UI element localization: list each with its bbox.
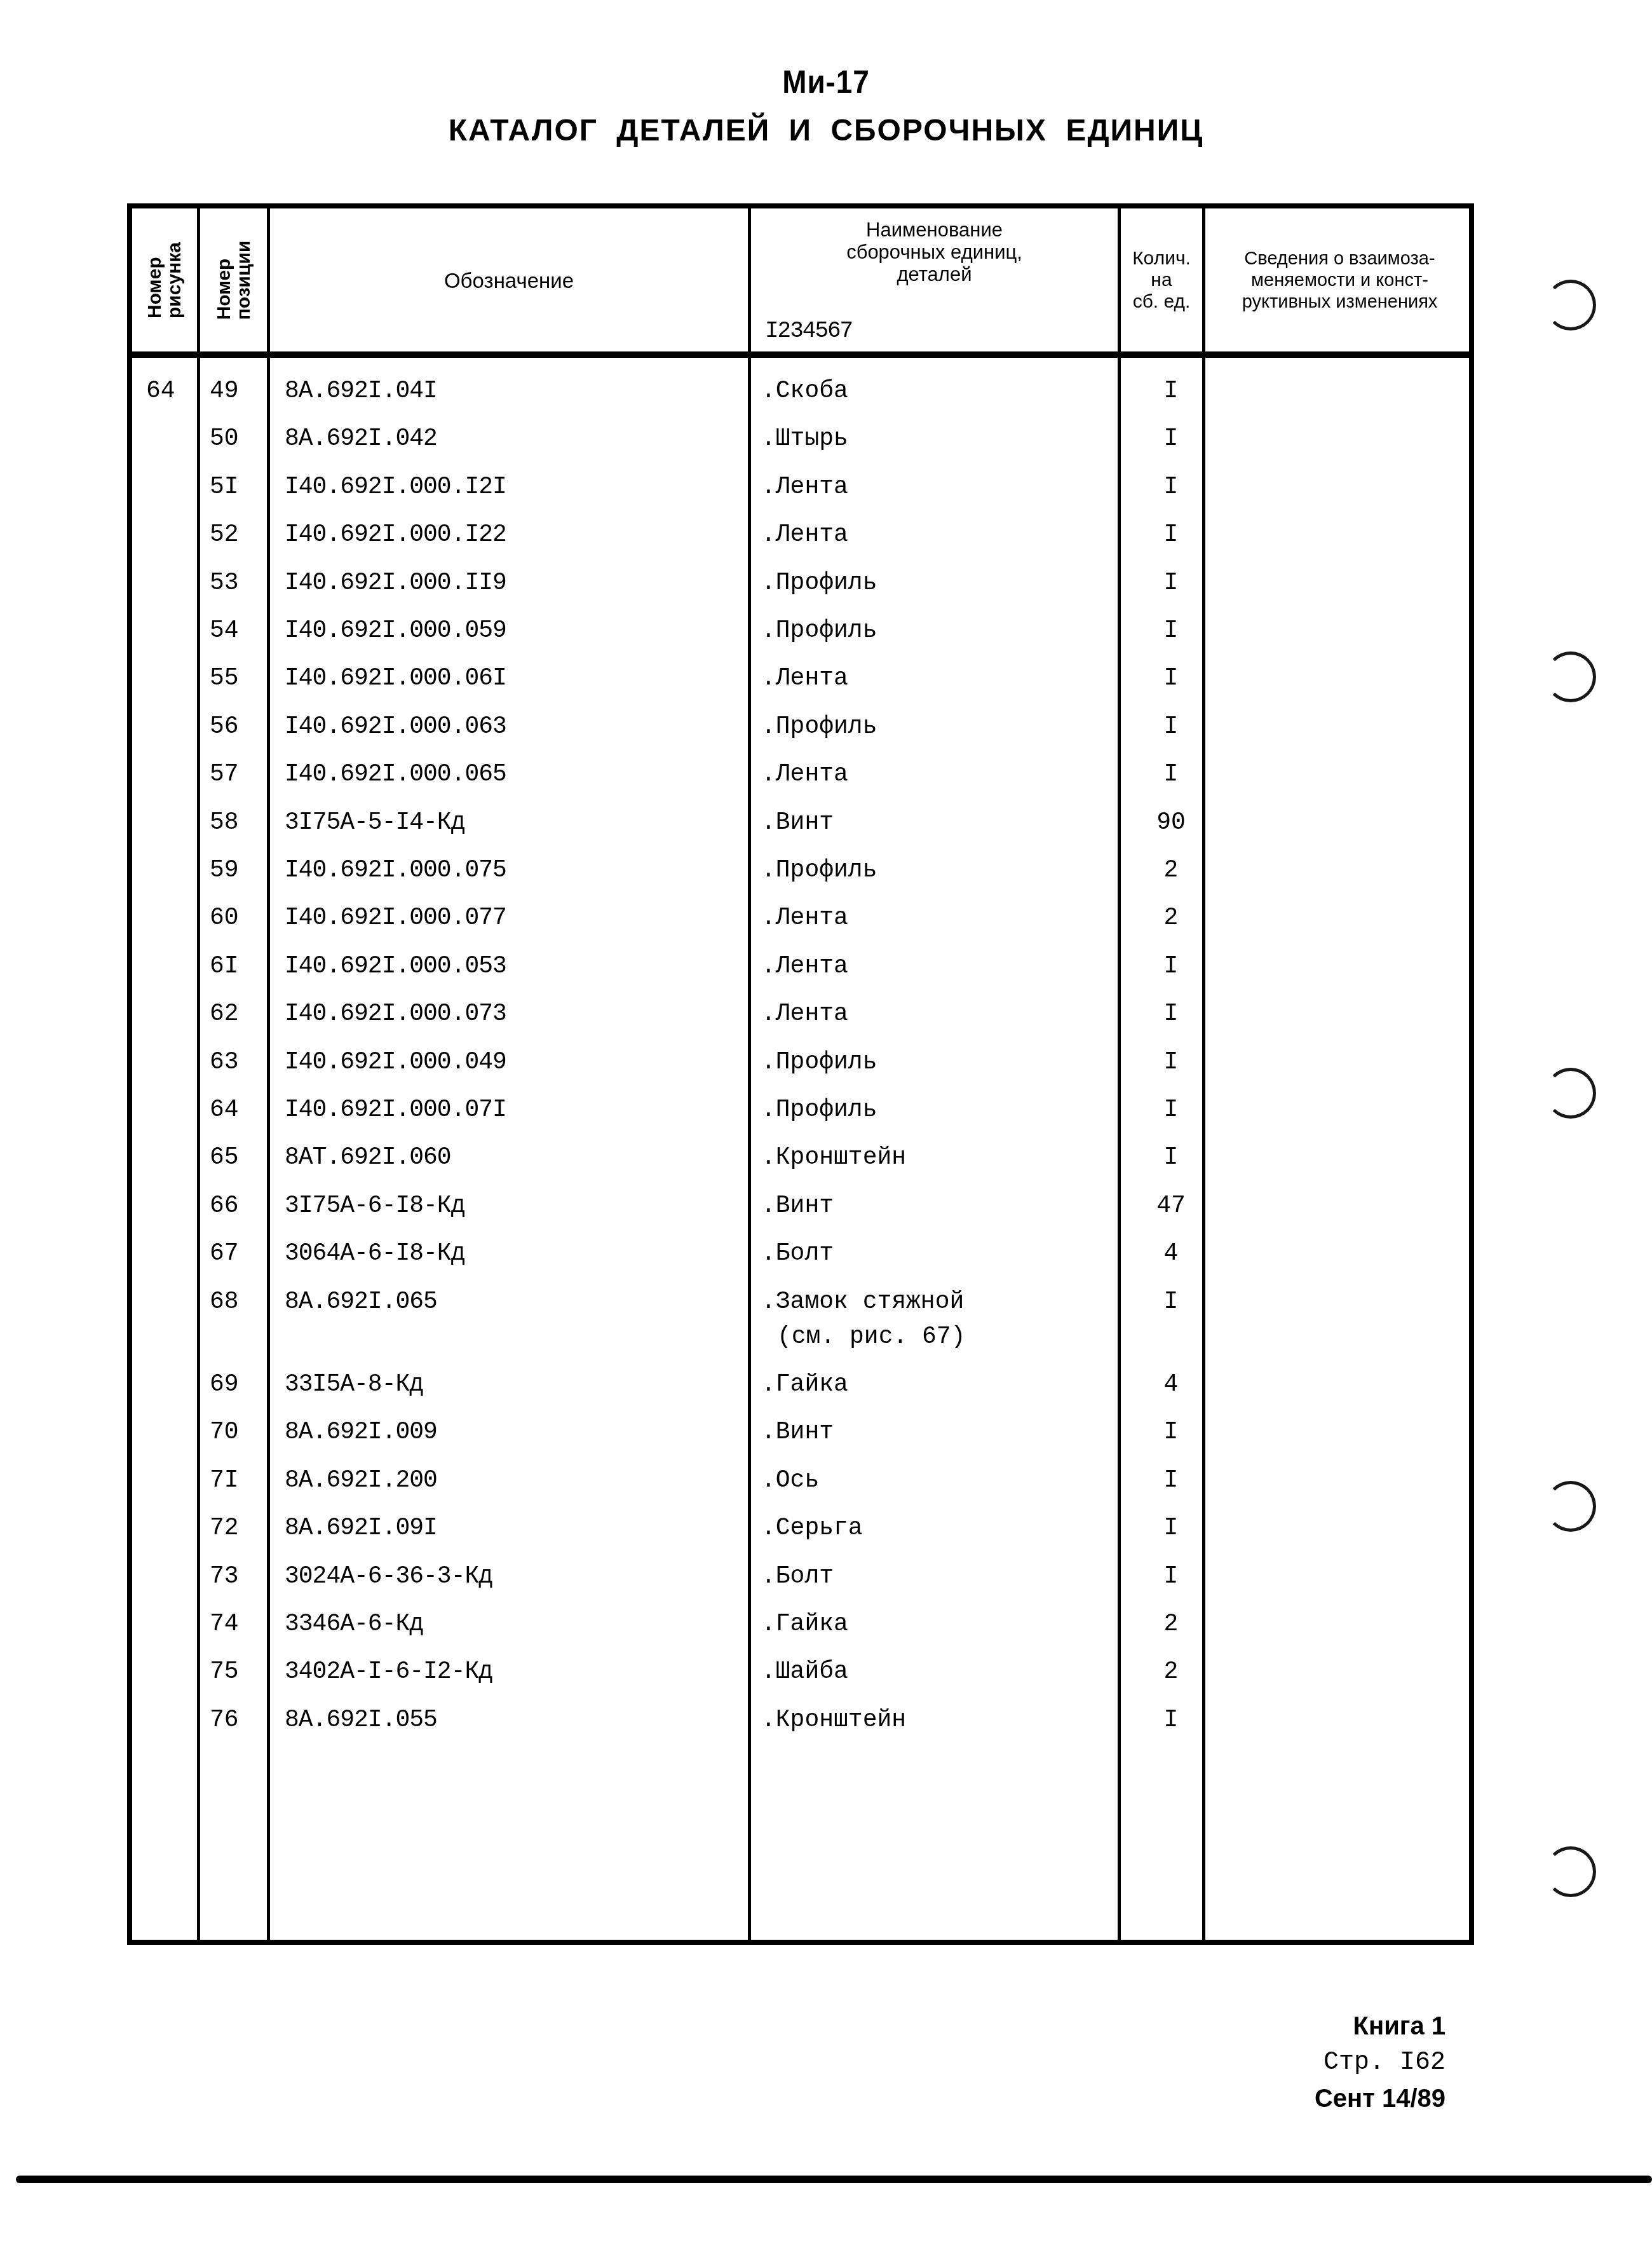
table-row: 59I40.692I.000.075.Профиль2	[132, 847, 1469, 894]
quantity-cell: I	[1130, 1408, 1212, 1456]
header-position-number: Номер позиции	[200, 208, 267, 351]
position-number-cell: 57	[210, 751, 239, 798]
quantity-cell: I	[1130, 1278, 1212, 1326]
table-row: 663I75A-6-I8-Кд.Винт47	[132, 1182, 1469, 1230]
quantity-cell: I	[1130, 943, 1212, 990]
position-number-cell: 7I	[210, 1457, 239, 1504]
designation-cell: I40.692I.000.075	[285, 847, 506, 894]
quantity-cell: I	[1130, 655, 1212, 702]
position-number-cell: 5I	[210, 463, 239, 511]
table-row: 728A.692I.09I.СерьгаI	[132, 1504, 1469, 1552]
table-row: 63I40.692I.000.049.ПрофильI	[132, 1039, 1469, 1086]
header-name-line2: сборочных единиц,	[751, 241, 1118, 263]
name-cell: .Профиль	[761, 607, 877, 655]
book-number: Книга 1	[1315, 2008, 1446, 2045]
designation-cell: 8A.692I.065	[285, 1278, 437, 1326]
header-divider	[132, 351, 1469, 358]
revision-date: Сент 14/89	[1315, 2081, 1446, 2117]
position-number-cell: 73	[210, 1553, 239, 1600]
binder-hole-mark	[1545, 651, 1596, 702]
position-number-cell: 64	[210, 1086, 239, 1134]
position-number-cell: 59	[210, 847, 239, 894]
designation-cell: I40.692I.000.065	[285, 751, 506, 798]
designation-cell: 3064A-6-I8-Кд	[285, 1230, 464, 1277]
header-position-number-line2: позиции	[234, 240, 254, 320]
designation-cell: I40.692I.000.I2I	[285, 463, 506, 511]
position-number-cell: 74	[210, 1600, 239, 1648]
name-cell: .Лента	[761, 463, 848, 511]
table-row: 56I40.692I.000.063.ПрофильI	[132, 703, 1469, 751]
aircraft-model-title: Ми-17	[66, 64, 1586, 100]
name-cell: .Скоба	[761, 367, 848, 415]
table-row: 708A.692I.009.ВинтI	[132, 1408, 1469, 1456]
designation-cell: I40.692I.000.06I	[285, 655, 506, 702]
header-figure-number: Номер рисунка	[132, 208, 197, 351]
binder-hole-mark	[1545, 1481, 1596, 1532]
position-number-cell: 66	[210, 1182, 239, 1230]
quantity-cell: I	[1130, 511, 1212, 559]
designation-cell: I40.692I.000.07I	[285, 1086, 506, 1134]
table-row: 743346A-6-Кд.Гайка2	[132, 1600, 1469, 1648]
designation-cell: 3346A-6-Кд	[285, 1600, 423, 1648]
name-cell: .Профиль	[761, 559, 877, 607]
header-designation-label: Обозначение	[270, 269, 748, 293]
position-number-cell: 49	[210, 367, 239, 415]
header-figure-number-line2: рисунка	[165, 242, 184, 318]
quantity-cell: I	[1130, 559, 1212, 607]
header-interchangeability: Сведения о взаимоза- меняемости и конст-…	[1205, 208, 1474, 351]
header-quantity-line3: сб. ед.	[1121, 291, 1202, 313]
position-number-cell: 54	[210, 607, 239, 655]
header-designation: Обозначение	[270, 208, 748, 351]
designation-cell: 33I5A-8-Кд	[285, 1361, 423, 1408]
name-cell: .Лента	[761, 655, 848, 702]
name-cell-continuation: (см. рис. 67)	[777, 1313, 965, 1361]
quantity-cell: I	[1130, 1134, 1212, 1182]
bottom-rule	[16, 2176, 1652, 2183]
quantity-cell: 2	[1130, 1648, 1212, 1696]
header-interchangeability-line1: Сведения о взаимоза-	[1205, 248, 1474, 269]
position-number-cell: 6I	[210, 943, 239, 990]
position-number-cell: 68	[210, 1278, 239, 1326]
binder-hole-mark	[1545, 1068, 1596, 1119]
catalog-title: КАТАЛОГ ДЕТАЛЕЙ И СБОРОЧНЫХ ЕДИНИЦ	[0, 113, 1652, 148]
designation-cell: 3402A-I-6-I2-Кд	[285, 1648, 492, 1696]
table-row: 57I40.692I.000.065.ЛентаI	[132, 751, 1469, 798]
quantity-cell: I	[1130, 703, 1212, 751]
designation-cell: 8A.692I.042	[285, 415, 437, 463]
name-cell: .Лента	[761, 943, 848, 990]
name-cell: .Кронштейн	[761, 1696, 906, 1744]
position-number-cell: 72	[210, 1504, 239, 1552]
quantity-cell: I	[1130, 990, 1212, 1038]
quantity-cell: I	[1130, 1086, 1212, 1134]
quantity-cell: I	[1130, 751, 1212, 798]
table-row: 753402A-I-6-I2-Кд.Шайба2	[132, 1648, 1469, 1696]
name-cell: .Профиль	[761, 703, 877, 751]
header-name-line1: Наименование	[751, 219, 1118, 241]
name-cell: .Профиль	[761, 847, 877, 894]
table-row: 583I75A-5-I4-Кд.Винт90	[132, 799, 1469, 847]
table-row: 673064A-6-I8-Кд.Болт4	[132, 1230, 1469, 1277]
designation-cell: 8A.692I.09I	[285, 1504, 437, 1552]
position-number-cell: 60	[210, 894, 239, 942]
position-number-cell: 65	[210, 1134, 239, 1182]
name-cell: .Болт	[761, 1230, 834, 1277]
position-number-cell: 52	[210, 511, 239, 559]
designation-cell: 3024A-6-36-3-Кд	[285, 1553, 492, 1600]
quantity-cell: I	[1130, 463, 1212, 511]
table-row: 733024A-6-36-3-Кд.БолтI	[132, 1553, 1469, 1600]
table-row: 64498A.692I.04I.СкобаI	[132, 367, 1469, 415]
designation-cell: I40.692I.000.II9	[285, 559, 506, 607]
header-interchangeability-line3: руктивных изменениях	[1205, 291, 1474, 313]
table-row: 7I8A.692I.200.ОсьI	[132, 1457, 1469, 1504]
name-cell: .Лента	[761, 751, 848, 798]
parts-catalog-table: Номер рисунка Номер позиции Обозначение …	[127, 203, 1474, 1945]
designation-cell: 8A.692I.04I	[285, 367, 437, 415]
name-cell: .Профиль	[761, 1039, 877, 1086]
position-number-cell: 55	[210, 655, 239, 702]
table-row: 688A.692I.065.Замок стяжнойI(см. рис. 67…	[132, 1278, 1469, 1326]
position-number-cell: 67	[210, 1230, 239, 1277]
table-row: 64I40.692I.000.07I.ПрофильI	[132, 1086, 1469, 1134]
quantity-cell: 47	[1130, 1182, 1212, 1230]
name-cell: .Лента	[761, 511, 848, 559]
binder-hole-mark	[1545, 1846, 1596, 1897]
name-cell: .Штырь	[761, 415, 848, 463]
header-quantity-line2: на	[1121, 269, 1202, 291]
designation-cell: I40.692I.000.053	[285, 943, 506, 990]
table-row: 54I40.692I.000.059.ПрофильI	[132, 607, 1469, 655]
name-cell: .Винт	[761, 799, 834, 847]
position-number-cell: 70	[210, 1408, 239, 1456]
designation-cell: 3I75A-6-I8-Кд	[285, 1182, 464, 1230]
table-row: 6II40.692I.000.053.ЛентаI	[132, 943, 1469, 990]
quantity-cell: I	[1130, 415, 1212, 463]
name-cell: .Профиль	[761, 1086, 877, 1134]
header-interchangeability-line2: меняемости и конст-	[1205, 269, 1474, 291]
quantity-cell: 90	[1130, 799, 1212, 847]
position-number-cell: 69	[210, 1361, 239, 1408]
table-row: 53I40.692I.000.II9.ПрофильI	[132, 559, 1469, 607]
figure-number-cell: 64	[146, 367, 175, 415]
designation-cell: 8A.692I.200	[285, 1457, 437, 1504]
position-number-cell: 58	[210, 799, 239, 847]
designation-cell: I40.692I.000.049	[285, 1039, 506, 1086]
position-number-cell: 53	[210, 559, 239, 607]
header-position-number-line1: Номер	[214, 240, 234, 320]
quantity-cell: 2	[1130, 1600, 1212, 1648]
position-number-cell: 50	[210, 415, 239, 463]
designation-cell: 8A.692I.009	[285, 1408, 437, 1456]
name-cell: .Лента	[761, 990, 848, 1038]
designation-cell: 8AT.692I.060	[285, 1134, 451, 1182]
name-cell: .Лента	[761, 894, 848, 942]
quantity-cell: I	[1130, 607, 1212, 655]
name-cell: .Винт	[761, 1408, 834, 1456]
header-quantity-line1: Колич.	[1121, 248, 1202, 269]
binder-hole-mark	[1545, 280, 1596, 330]
header-quantity: Колич. на сб. ед.	[1121, 208, 1202, 351]
table-row: 62I40.692I.000.073.ЛентаI	[132, 990, 1469, 1038]
quantity-cell: I	[1130, 1553, 1212, 1600]
designation-cell: I40.692I.000.063	[285, 703, 506, 751]
designation-cell: I40.692I.000.077	[285, 894, 506, 942]
page-number: Стр. I62	[1315, 2045, 1446, 2081]
designation-cell: I40.692I.000.073	[285, 990, 506, 1038]
name-cell: .Шайба	[761, 1648, 848, 1696]
table-row: 508A.692I.042.ШтырьI	[132, 415, 1469, 463]
quantity-cell: 4	[1130, 1230, 1212, 1277]
quantity-cell: I	[1130, 1457, 1212, 1504]
name-cell: .Болт	[761, 1553, 834, 1600]
position-number-cell: 62	[210, 990, 239, 1038]
quantity-cell: I	[1130, 367, 1212, 415]
header-name: Наименование сборочных единиц, деталей I…	[751, 208, 1118, 351]
designation-cell: 8A.692I.055	[285, 1696, 437, 1744]
table-row: 5II40.692I.000.I2I.ЛентаI	[132, 463, 1469, 511]
quantity-cell: 2	[1130, 847, 1212, 894]
designation-cell: I40.692I.000.I22	[285, 511, 506, 559]
header-figure-number-line1: Номер	[145, 242, 165, 318]
designation-cell: I40.692I.000.059	[285, 607, 506, 655]
name-cell: .Серьга	[761, 1504, 863, 1552]
quantity-cell: 2	[1130, 894, 1212, 942]
name-cell: .Винт	[761, 1182, 834, 1230]
quantity-cell: I	[1130, 1696, 1212, 1744]
position-number-cell: 56	[210, 703, 239, 751]
quantity-cell: I	[1130, 1039, 1212, 1086]
position-number-cell: 75	[210, 1648, 239, 1696]
table-row: 6933I5A-8-Кд.Гайка4	[132, 1361, 1469, 1408]
quantity-cell: I	[1130, 1504, 1212, 1552]
designation-cell: 3I75A-5-I4-Кд	[285, 799, 464, 847]
quantity-cell: 4	[1130, 1361, 1212, 1408]
table-row: 658AT.692I.060.КронштейнI	[132, 1134, 1469, 1182]
table-row: 60I40.692I.000.077.Лента2	[132, 894, 1469, 942]
name-cell: .Гайка	[761, 1600, 848, 1648]
page-footer: Книга 1 Стр. I62 Сент 14/89	[1315, 2008, 1446, 2117]
name-cell: .Ось	[761, 1457, 819, 1504]
position-number-cell: 63	[210, 1039, 239, 1086]
header-name-line3: деталей	[751, 263, 1118, 285]
table-row: 768A.692I.055.КронштейнI	[132, 1696, 1469, 1744]
name-cell: .Гайка	[761, 1361, 848, 1408]
name-indent-scale: I234567	[765, 318, 852, 344]
position-number-cell: 76	[210, 1696, 239, 1744]
name-cell: .Кронштейн	[761, 1134, 906, 1182]
table-row: 55I40.692I.000.06I.ЛентаI	[132, 655, 1469, 702]
table-row: 52I40.692I.000.I22.ЛентаI	[132, 511, 1469, 559]
